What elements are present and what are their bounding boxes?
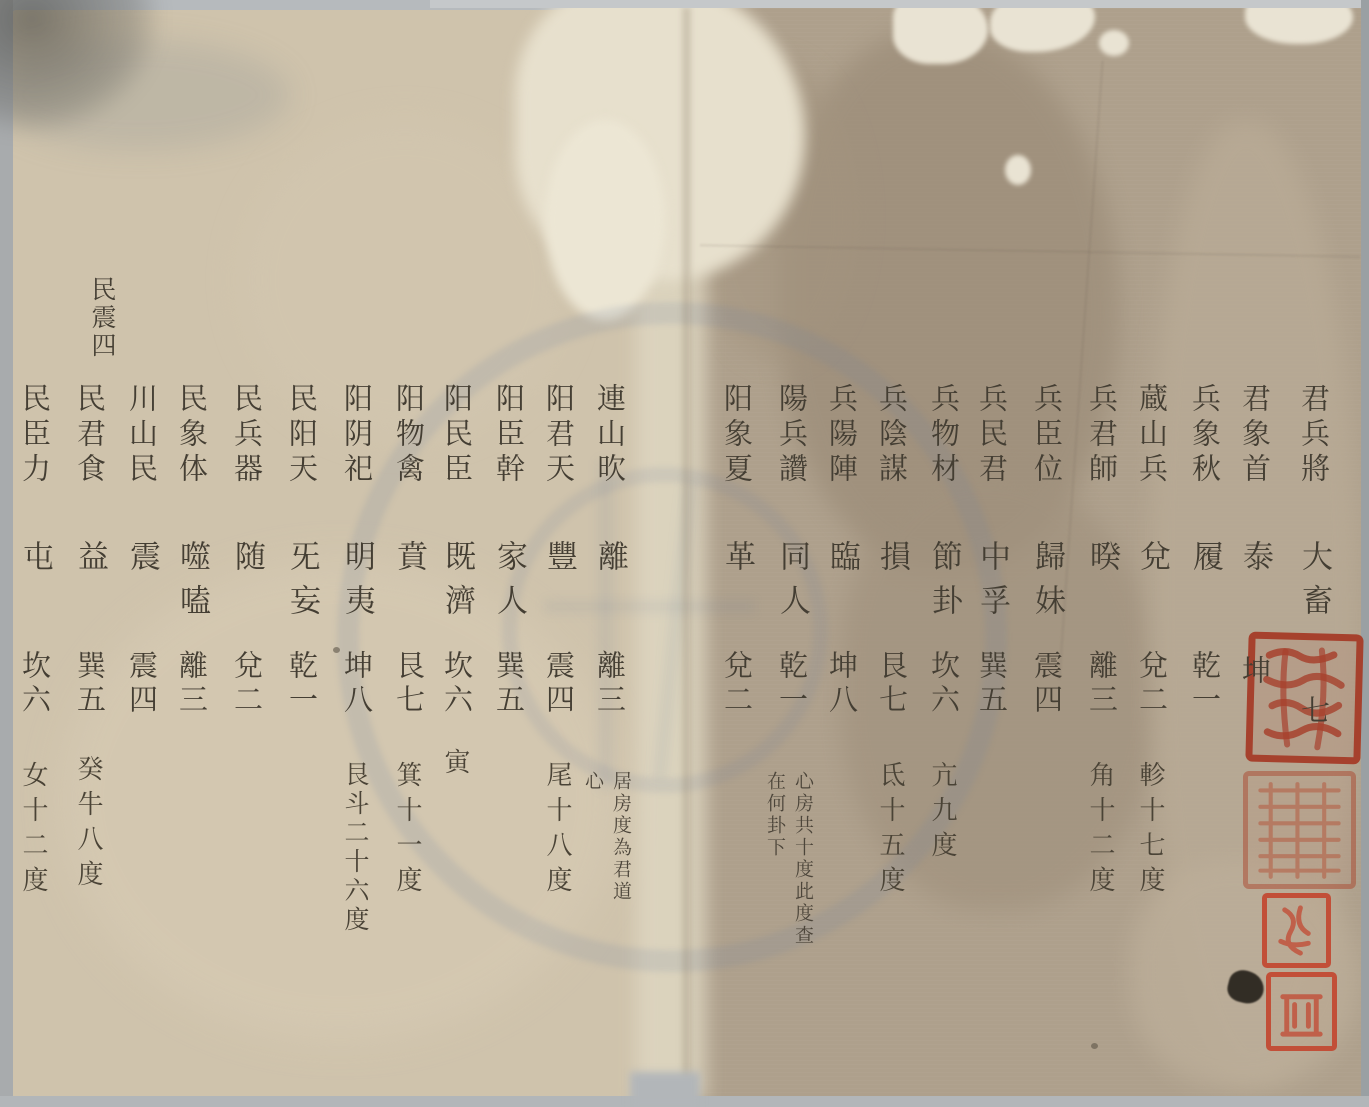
text-column: 兵物材節卦坎六亢九度 — [925, 383, 963, 1083]
manuscript-scan: 民震四 君兵將大畜七君象首泰坤兵象秋履乾一蔵山兵兌兌二軫十七度兵君師暌離三角十二… — [0, 0, 1369, 1107]
annotation-line: 在何卦下 — [763, 771, 787, 947]
text-column: 阳物禽賁艮七箕十一度 — [390, 383, 428, 1083]
text-column: 兵民君中孚巽五 — [973, 383, 1011, 1083]
mansion-degrees: 癸牛八度 — [71, 755, 105, 895]
text-column: 阳臣幹家人巽五 — [490, 383, 528, 1083]
hexagram-name: 泰 — [1236, 540, 1274, 584]
torn-paper-patch — [545, 120, 665, 320]
trigram-number: 兌二 — [228, 650, 266, 718]
column-name: 兵民君 — [973, 383, 1011, 488]
trigram-number: 坤八 — [823, 650, 861, 718]
mansion-degrees: 箕十一度 — [390, 761, 424, 901]
column-name: 民兵器 — [228, 383, 266, 488]
trigram-number: 乾一 — [1186, 650, 1224, 718]
text-column: 蔵山兵兌兌二軫十七度 — [1133, 383, 1171, 1083]
column-name: 阳民臣 — [438, 383, 476, 488]
torn-paper-patch — [1005, 155, 1031, 185]
hexagram-name: 既濟 — [438, 540, 476, 628]
column-name: 兵陰謀 — [873, 383, 911, 488]
corner-smudge — [0, 0, 162, 136]
trigram-number: 兌二 — [718, 650, 756, 718]
column-name: 阳阴祀 — [338, 383, 376, 488]
column-name: 兵君師 — [1083, 383, 1121, 488]
small-annotation: 居房度為君道心 — [591, 771, 633, 903]
mansion-degrees: 女十二度 — [16, 761, 50, 901]
scanner-background — [430, 0, 1369, 8]
column-name: 民臣力 — [16, 383, 54, 488]
column-name: 兵臣位 — [1028, 383, 1066, 488]
trigram-number: 坤八 — [338, 650, 376, 718]
trigram-number: 兌二 — [1133, 650, 1171, 718]
text-column: 君象首泰坤 — [1236, 383, 1274, 1083]
hexagram-name: 離 — [591, 540, 629, 584]
text-column: 阳民臣既濟坎六寅 — [438, 383, 476, 1083]
trigram-number: 七 — [1295, 695, 1333, 729]
trigram-number: 離三 — [173, 650, 211, 718]
text-column: 陽兵讚同人乾一心房共十度此度查在何卦下 — [773, 383, 811, 1083]
hexagram-name: 暌 — [1083, 540, 1121, 584]
hexagram-name: 益 — [71, 540, 109, 584]
trigram-number: 離三 — [1083, 650, 1121, 718]
hexagram-name: 噬嗑 — [173, 540, 211, 628]
hexagram-name: 明夷 — [338, 540, 376, 628]
column-name: 陽兵讚 — [773, 383, 811, 488]
trigram-number: 巽五 — [490, 650, 528, 718]
column-name: 兵象秋 — [1186, 383, 1224, 488]
trigram-number: 艮七 — [873, 650, 911, 718]
trigram-number: 艮七 — [390, 650, 428, 718]
column-name: 蔵山兵 — [1133, 383, 1171, 488]
mansion-degrees: 氐十五度 — [873, 761, 907, 901]
column-name: 民君食 — [71, 383, 109, 488]
trigram-number: 乾一 — [773, 650, 811, 718]
text-column: 民君食益巽五癸牛八度 — [71, 383, 109, 1083]
column-name: 川山民 — [123, 383, 161, 488]
text-column: 民臣力屯坎六女十二度 — [16, 383, 54, 1083]
center-fold — [681, 7, 692, 1101]
text-column: 兵象秋履乾一 — [1186, 383, 1224, 1083]
text-column: 連山欥離離三居房度為君道心 — [591, 383, 629, 1083]
text-column: 民兵器随兌二 — [228, 383, 266, 1083]
column-name: 兵物材 — [925, 383, 963, 488]
text-column: 阳象夏革兌二 — [718, 383, 756, 1083]
hexagram-name: 屯 — [16, 540, 54, 584]
text-column: 兵君師暌離三角十二度 — [1083, 383, 1121, 1083]
annotation-line: 心 — [581, 771, 605, 903]
scanner-background — [1361, 0, 1369, 1107]
text-column: 阳阴祀明夷坤八艮斗二十六度 — [338, 383, 376, 1083]
column-name: 阳臣幹 — [490, 383, 528, 488]
column-name: 君兵將 — [1295, 383, 1333, 488]
column-name: 兵陽陣 — [823, 383, 861, 488]
mansion-degrees: 艮斗二十六度 — [338, 761, 372, 935]
text-column: 民象体噬嗑離三 — [173, 383, 211, 1083]
annotation-line: 心房共十度此度查 — [791, 771, 815, 947]
hexagram-name: 革 — [718, 540, 756, 584]
trigram-number: 坎六 — [925, 650, 963, 718]
trigram-number: 坤 — [1236, 655, 1274, 689]
small-annotation: 心房共十度此度查在何卦下 — [773, 771, 815, 947]
hexagram-name: 賁 — [390, 540, 428, 584]
text-column: 民阳天旡妄乾一 — [283, 383, 321, 1083]
hexagram-name: 豐 — [540, 540, 578, 584]
column-name: 阳象夏 — [718, 383, 756, 488]
text-column: 川山民震震四 — [123, 383, 161, 1083]
text-column: 阳君天豐震四尾十八度 — [540, 383, 578, 1083]
hexagram-name: 損 — [873, 540, 911, 584]
column-name: 阳物禽 — [390, 383, 428, 488]
trigram-number: 震四 — [1028, 650, 1066, 718]
hexagram-name: 同人 — [773, 540, 811, 628]
mansion-degrees: 亢九度 — [925, 761, 959, 866]
trigram-number: 巽五 — [973, 650, 1011, 718]
trigram-number: 巽五 — [71, 650, 109, 718]
hexagram-name: 臨 — [823, 540, 861, 584]
hexagram-name: 節卦 — [925, 540, 963, 628]
torn-paper-patch — [1099, 30, 1129, 56]
trigram-number: 震四 — [540, 650, 578, 718]
hexagram-name: 家人 — [490, 540, 528, 628]
hexagram-name: 震 — [123, 540, 161, 584]
hexagram-name: 中孚 — [973, 540, 1011, 628]
scanner-background — [630, 1072, 700, 1107]
text-column: 君兵將大畜七 — [1295, 383, 1333, 1083]
hexagram-name: 大畜 — [1295, 540, 1333, 628]
hexagram-name: 旡妄 — [283, 540, 321, 628]
column-name: 民象体 — [173, 383, 211, 488]
trigram-number: 震四 — [123, 650, 161, 718]
mansion-degrees: 尾十八度 — [540, 761, 574, 901]
trigram-number: 坎六 — [438, 650, 476, 718]
column-name: 民阳天 — [283, 383, 321, 488]
annotation-line: 居房度為君道 — [609, 771, 633, 903]
hexagram-name: 履 — [1186, 540, 1224, 584]
trigram-number: 離三 — [591, 650, 629, 718]
mansion-degrees: 角十二度 — [1083, 761, 1117, 901]
hexagram-name: 兌 — [1133, 540, 1171, 584]
mansion-degrees: 軫十七度 — [1133, 761, 1167, 901]
column-name: 阳君天 — [540, 383, 578, 488]
hexagram-name: 随 — [228, 540, 266, 584]
torn-paper-patch — [893, 0, 988, 64]
column-name: 君象首 — [1236, 383, 1274, 488]
column-name: 連山欥 — [591, 383, 629, 488]
hexagram-name: 歸妹 — [1028, 540, 1066, 628]
mansion-degrees: 寅 — [438, 748, 472, 783]
text-column: 兵臣位歸妹震四 — [1028, 383, 1066, 1083]
margin-note: 民震四 — [84, 276, 120, 360]
scanner-background — [0, 0, 13, 1107]
trigram-number: 乾一 — [283, 650, 321, 718]
trigram-number: 坎六 — [16, 650, 54, 718]
text-column: 兵陽陣臨坤八 — [823, 383, 861, 1083]
text-column: 兵陰謀損艮七氐十五度 — [873, 383, 911, 1083]
